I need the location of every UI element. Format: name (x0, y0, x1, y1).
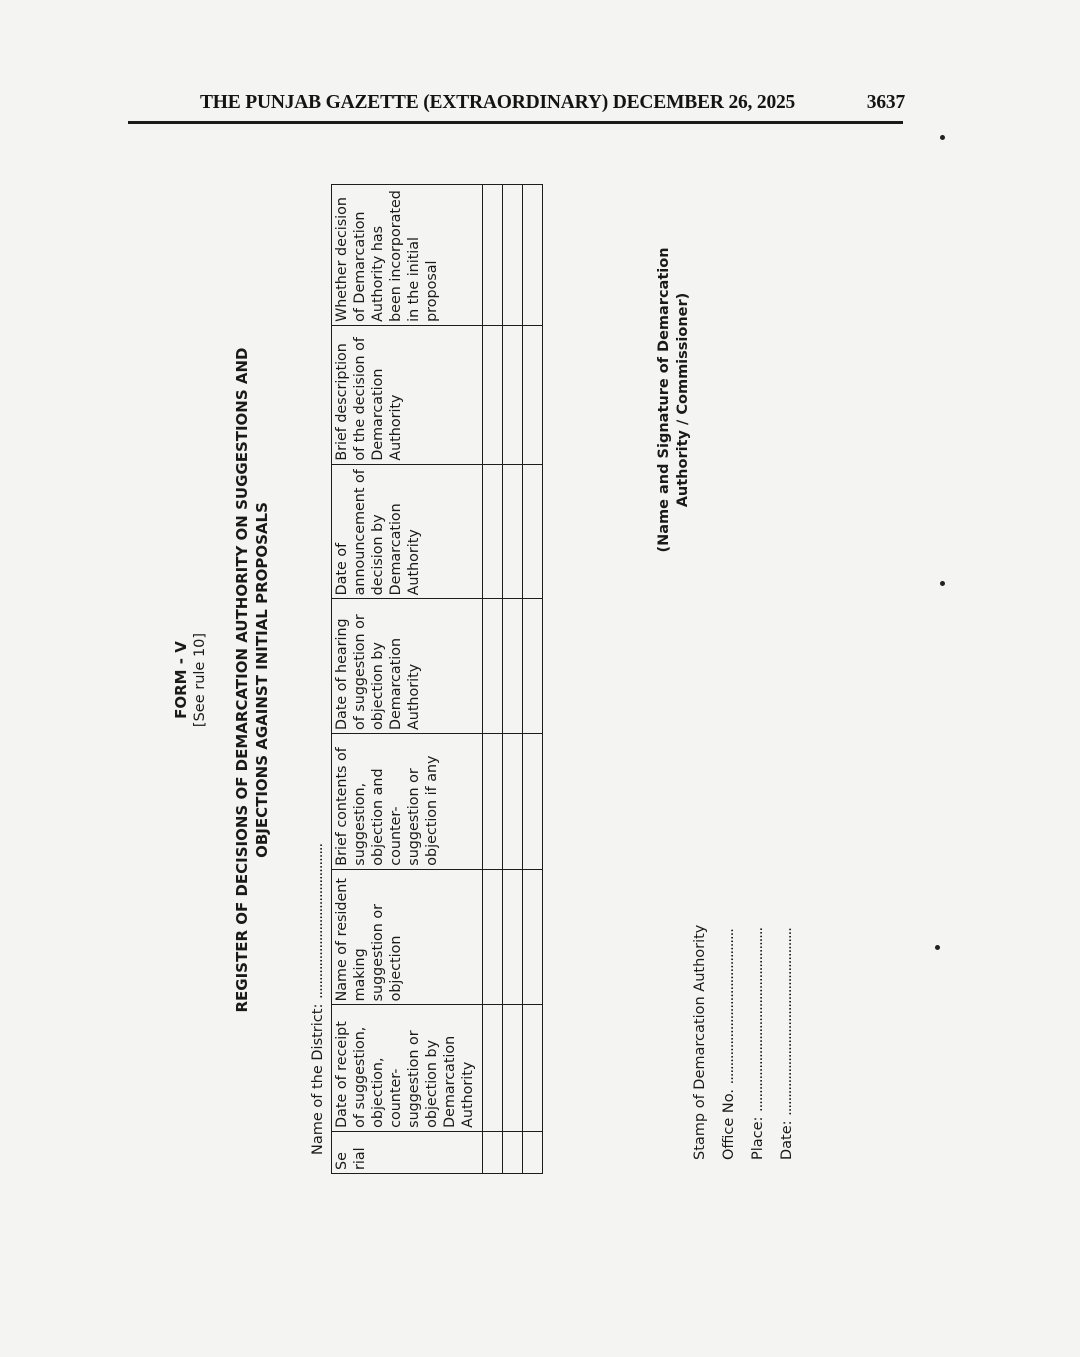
signature-line1: (Name and Signature of Demarcation (655, 210, 674, 590)
col-decision-description: Brief description of the decision of Dem… (332, 325, 483, 464)
office-label: Office No. (721, 1089, 737, 1160)
rotated-form: FORM - V [See rule 10] REGISTER OF DECIS… (150, 180, 790, 1180)
table-cell (503, 1005, 523, 1131)
table-cell (503, 185, 523, 326)
table-cell (523, 325, 543, 464)
stamp-label: Stamp of Demarcation Authority (686, 925, 715, 1160)
table-cell (483, 185, 503, 326)
register-title-line1: REGISTER OF DECISIONS OF DEMARCATION AUT… (232, 180, 252, 1180)
table-cell (523, 869, 543, 1005)
register-title-line2: OBJECTIONS AGAINST INITIAL PROPOSALS (252, 180, 272, 1180)
scan-speck (940, 135, 945, 140)
table-cell (483, 1005, 503, 1131)
col-resident-name: Name of resident making suggestion or ob… (332, 869, 483, 1005)
scan-speck (935, 945, 940, 950)
table-cell (523, 599, 543, 734)
table-cell (523, 1131, 543, 1173)
date-value: ........................................… (779, 928, 795, 1116)
table-cell (483, 325, 503, 464)
register-title: REGISTER OF DECISIONS OF DEMARCATION AUT… (232, 180, 272, 1180)
table-cell (483, 869, 503, 1005)
district-label: Name of the District: (310, 1004, 326, 1155)
table-cell (503, 734, 523, 870)
table-cell (483, 1131, 503, 1173)
date-label: Date: (779, 1120, 795, 1160)
signature-line2: Authority / Commissioner) (674, 210, 693, 590)
table-cell (503, 325, 523, 464)
table-header-row: Se rial Date of receipt of suggestion, o… (332, 185, 483, 1174)
table-row (523, 185, 543, 1174)
table-cell (523, 734, 543, 870)
table-cell (523, 464, 543, 599)
table-cell (483, 734, 503, 870)
col-serial: Se rial (332, 1131, 483, 1173)
place-value: ........................................… (750, 928, 766, 1112)
office-field: Office No. .............................… (715, 925, 744, 1160)
col-date-receipt: Date of receipt of suggestion, objection… (332, 1005, 483, 1131)
table-cell (523, 1005, 543, 1131)
col-date-hearing: Date of hearing of suggestion or objecti… (332, 599, 483, 734)
table-cell (503, 464, 523, 599)
rule-reference: [See rule 10] (192, 180, 208, 1180)
district-value: ........................................… (310, 844, 326, 999)
form-number: FORM - V (172, 180, 190, 1180)
office-value: ........................................… (721, 929, 737, 1084)
page-number: 3637 (867, 92, 905, 114)
col-brief-contents: Brief contents of suggestion, objection … (332, 734, 483, 870)
header-rule (128, 121, 903, 124)
table-cell (503, 599, 523, 734)
gazette-page: THE PUNJAB GAZETTE (EXTRAORDINARY) DECEM… (0, 0, 1080, 1357)
gazette-title: THE PUNJAB GAZETTE (EXTRAORDINARY) DECEM… (200, 92, 795, 114)
col-date-announcement: Date of announcement of decision by Dema… (332, 464, 483, 599)
place-label: Place: (750, 1117, 766, 1160)
date-field: Date: ..................................… (773, 925, 802, 1160)
district-field: Name of the District: ..................… (310, 844, 326, 1155)
table-cell (503, 869, 523, 1005)
table-cell (503, 1131, 523, 1173)
gazette-header: THE PUNJAB GAZETTE (EXTRAORDINARY) DECEM… (200, 92, 905, 114)
scan-speck (940, 581, 945, 586)
table-row (503, 185, 523, 1174)
table-cell (483, 599, 503, 734)
table-cell (523, 185, 543, 326)
signature-block: (Name and Signature of Demarcation Autho… (655, 210, 693, 590)
table-row (483, 185, 503, 1174)
register-table: Se rial Date of receipt of suggestion, o… (331, 184, 543, 1174)
place-field: Place: .................................… (744, 925, 773, 1160)
stamp-block: Stamp of Demarcation Authority Office No… (686, 925, 802, 1160)
col-incorporated: Whether decision of Demarcation Authorit… (332, 185, 483, 326)
table-cell (483, 464, 503, 599)
